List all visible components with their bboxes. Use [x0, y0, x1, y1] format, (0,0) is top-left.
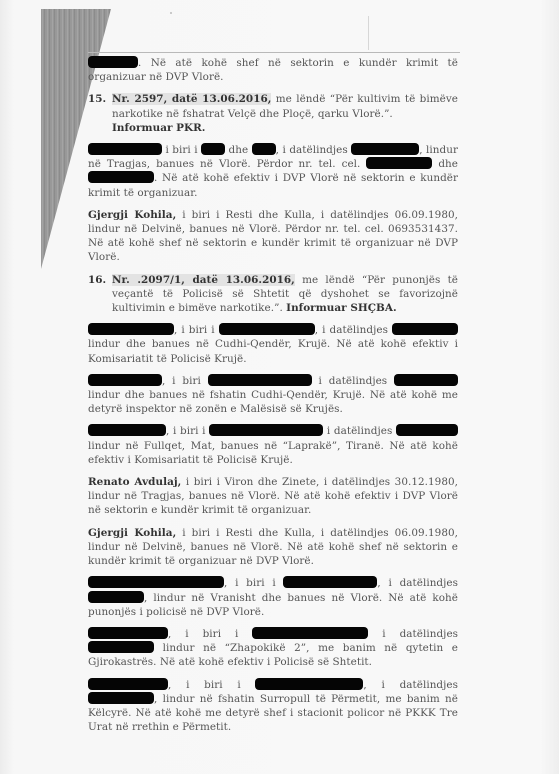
item-informed: Informuar SHÇBA. [286, 302, 397, 314]
item-reference: Nr. .2097/1, datë 13.06.2016, [112, 274, 295, 286]
item-informed: Informuar PKR. [112, 122, 205, 134]
person-paragraph: , i biri i , i datëlindjes lindur dhe ba… [88, 323, 458, 366]
person-paragraph: , i biri i , i datëlindjes , lindur në V… [88, 576, 458, 619]
redaction-block [88, 374, 162, 386]
document-body: . Në atë kohë shef në sektorin e kundër … [88, 56, 458, 742]
person-name: Renato Avdulaj, [88, 476, 181, 488]
redaction-block [88, 591, 144, 603]
redaction-block [366, 157, 432, 169]
person-name: Gjergji Kohila, [88, 527, 176, 539]
redaction-block [88, 424, 166, 436]
scan-artifact-line [368, 16, 369, 50]
item-number: 15. [88, 92, 112, 135]
redaction-block [208, 374, 312, 386]
person-paragraph: Renato Avdulaj, i biri i Viron dhe Zinet… [88, 475, 458, 518]
person-paragraph: , i biri i i datëlindjes lindur në “Zhap… [88, 627, 458, 670]
redaction-block [252, 143, 276, 155]
person-paragraph: Gjergji Kohila, i biri i Resti dhe Kulla… [88, 208, 458, 265]
redaction-block [88, 678, 168, 690]
redaction-block [88, 171, 154, 183]
header-rule [88, 52, 460, 53]
redaction-block [351, 143, 419, 155]
redaction-block [88, 143, 162, 155]
redaction-block [209, 424, 323, 436]
person-paragraph: Gjergji Kohila, i biri i Resti dhe Kulla… [88, 526, 458, 569]
scan-speck [170, 12, 172, 14]
redaction-block [201, 143, 225, 155]
scanned-page: . Në atë kohë shef në sektorin e kundër … [0, 0, 559, 774]
redaction-block [88, 641, 154, 653]
person-paragraph: , i biri i i datëlindjes lindur në Fullq… [88, 424, 458, 467]
redaction-block [283, 576, 377, 588]
redaction-block [88, 56, 138, 68]
list-item-16: 16. Nr. .2097/1, datë 13.06.2016, me lën… [88, 273, 458, 316]
redaction-block [394, 374, 458, 386]
paragraph-continuation: . Në atë kohë shef në sektorin e kundër … [88, 56, 458, 84]
list-item-15: 15. Nr. 2597, datë 13.06.2016, me lëndë … [88, 92, 458, 135]
redaction-block [88, 323, 174, 335]
person-name: Gjergji Kohila, [88, 209, 176, 221]
item-reference: Nr. 2597, datë 13.06.2016, [112, 93, 271, 105]
redaction-block [88, 692, 154, 704]
redaction-block [252, 627, 368, 639]
redaction-block [88, 627, 168, 639]
redaction-block [255, 678, 363, 690]
redaction-block [88, 576, 224, 588]
redaction-block [396, 424, 458, 436]
redaction-block [392, 323, 458, 335]
person-paragraph: , i biri i , i datëlindjes , lindur në f… [88, 678, 458, 735]
item-number: 16. [88, 273, 112, 316]
redaction-block [219, 323, 315, 335]
person-paragraph: , i biri i datëlindjes lindur dhe banues… [88, 374, 458, 417]
person-paragraph: i biri i dhe , i datëlindjes , lindur në… [88, 143, 458, 200]
